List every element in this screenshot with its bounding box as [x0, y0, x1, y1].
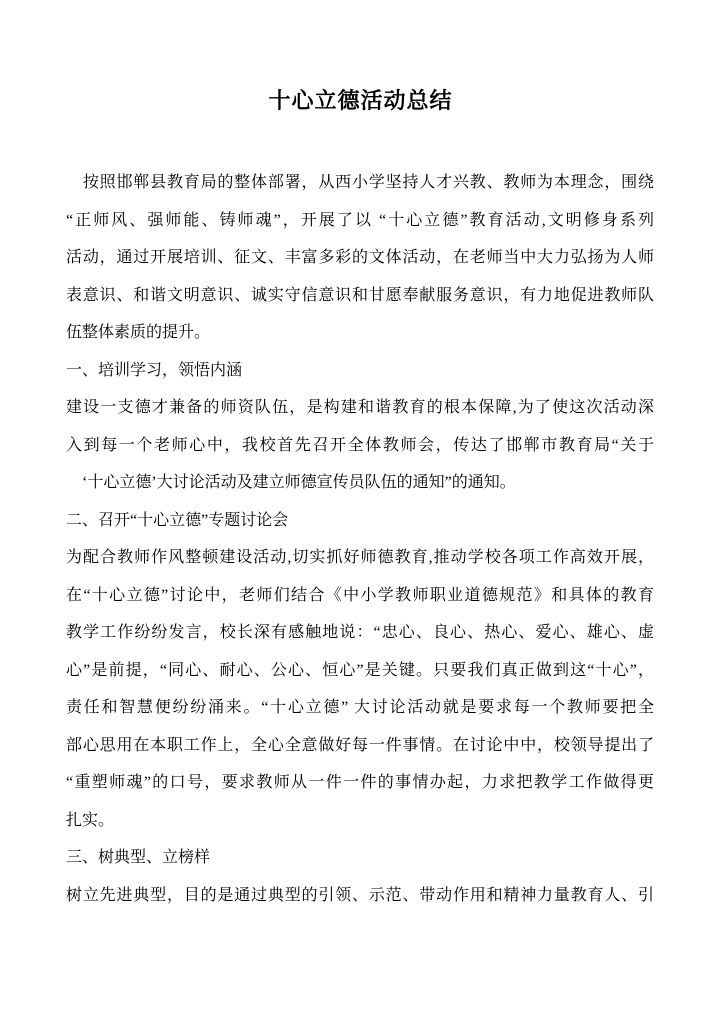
- heading-line: 一、培训学习，领悟内涵: [66, 352, 654, 390]
- paragraph-line: “重塑师魂”的口号，要求教师从一件一件的事情办起，力求把教学工作做得更: [66, 764, 654, 802]
- paragraph-line: ‘十心立德’大讨论活动及建立师德宣传员队伍的通知”的通知。: [66, 464, 654, 502]
- paragraph-line: 部心思用在本职工作上，全心全意做好每一件事情。在讨论中中，校领导提出了: [66, 727, 654, 765]
- paragraph-line: 活动，通过开展培训、征文、丰富多彩的文体活动，在老师当中大力弘扬为人师: [66, 239, 654, 277]
- heading-line: 二、召开“十心立德”专题讨论会: [66, 502, 654, 540]
- paragraph-line: 心”是前提，“同心、耐心、公心、恒心”是关键。只要我们真正做到这“十心”，: [66, 652, 654, 690]
- paragraph-line: 伍整体素质的提升。: [66, 314, 654, 352]
- paragraph-line: “正师风、强师能、铸师魂”，开展了以 “十心立德”教育活动,文明修身系列: [66, 202, 654, 240]
- paragraph-line: 建设一支德才兼备的师资队伍，是构建和谐教育的根本保障,为了使这次活动深: [66, 389, 654, 427]
- document-title: 十心立德活动总结: [0, 86, 721, 116]
- paragraph-line: 入到每一个老师心中，我校首先召开全体教师会，传达了邯郸市教育局“关于: [66, 427, 654, 465]
- paragraph-line: 在“十心立德”讨论中，老师们结合《中小学教师职业道德规范》和具体的教育: [66, 577, 654, 615]
- document-body: 按照邯郸县教育局的整体部署，从西小学坚持人才兴教、教师为本理念，围绕“正师风、强…: [66, 164, 654, 914]
- paragraph-line: 按照邯郸县教育局的整体部署，从西小学坚持人才兴教、教师为本理念，围绕: [66, 164, 654, 202]
- paragraph-line: 表意识、和谐文明意识、诚实守信意识和甘愿奉献服务意识，有力地促进教师队: [66, 277, 654, 315]
- paragraph-line: 树立先进典型，目的是通过典型的引领、示范、带动作用和精神力量教育人、引: [66, 877, 654, 915]
- paragraph-line: 教学工作纷纷发言，校长深有感触地说：“忠心、良心、热心、爱心、雄心、虚: [66, 614, 654, 652]
- paragraph-line: 为配合教师作风整顿建设活动,切实抓好师德教育,推动学校各项工作高效开展，: [66, 539, 654, 577]
- paragraph-line: 责任和智慧便纷纷涌来。“十心立德” 大讨论活动就是要求每一个教师要把全: [66, 689, 654, 727]
- heading-line: 三、树典型、立榜样: [66, 839, 654, 877]
- document-page: 十心立德活动总结 按照邯郸县教育局的整体部署，从西小学坚持人才兴教、教师为本理念…: [0, 0, 721, 1020]
- paragraph-line: 扎实。: [66, 802, 654, 840]
